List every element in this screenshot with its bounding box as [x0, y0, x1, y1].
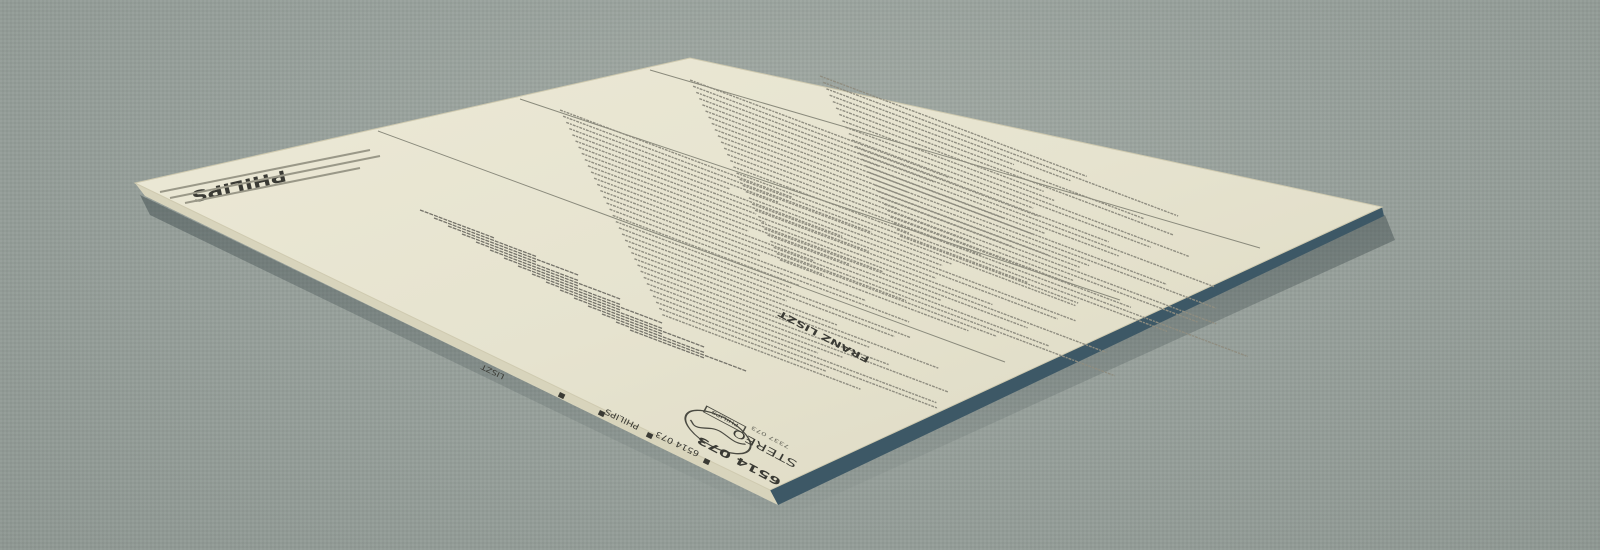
record-cover: PHILIPS FRANZ LISZT PHILIPS 6514 073 STE…: [0, 0, 1600, 550]
photo-scene: PHILIPS FRANZ LISZT PHILIPS 6514 073 STE…: [0, 0, 1600, 550]
